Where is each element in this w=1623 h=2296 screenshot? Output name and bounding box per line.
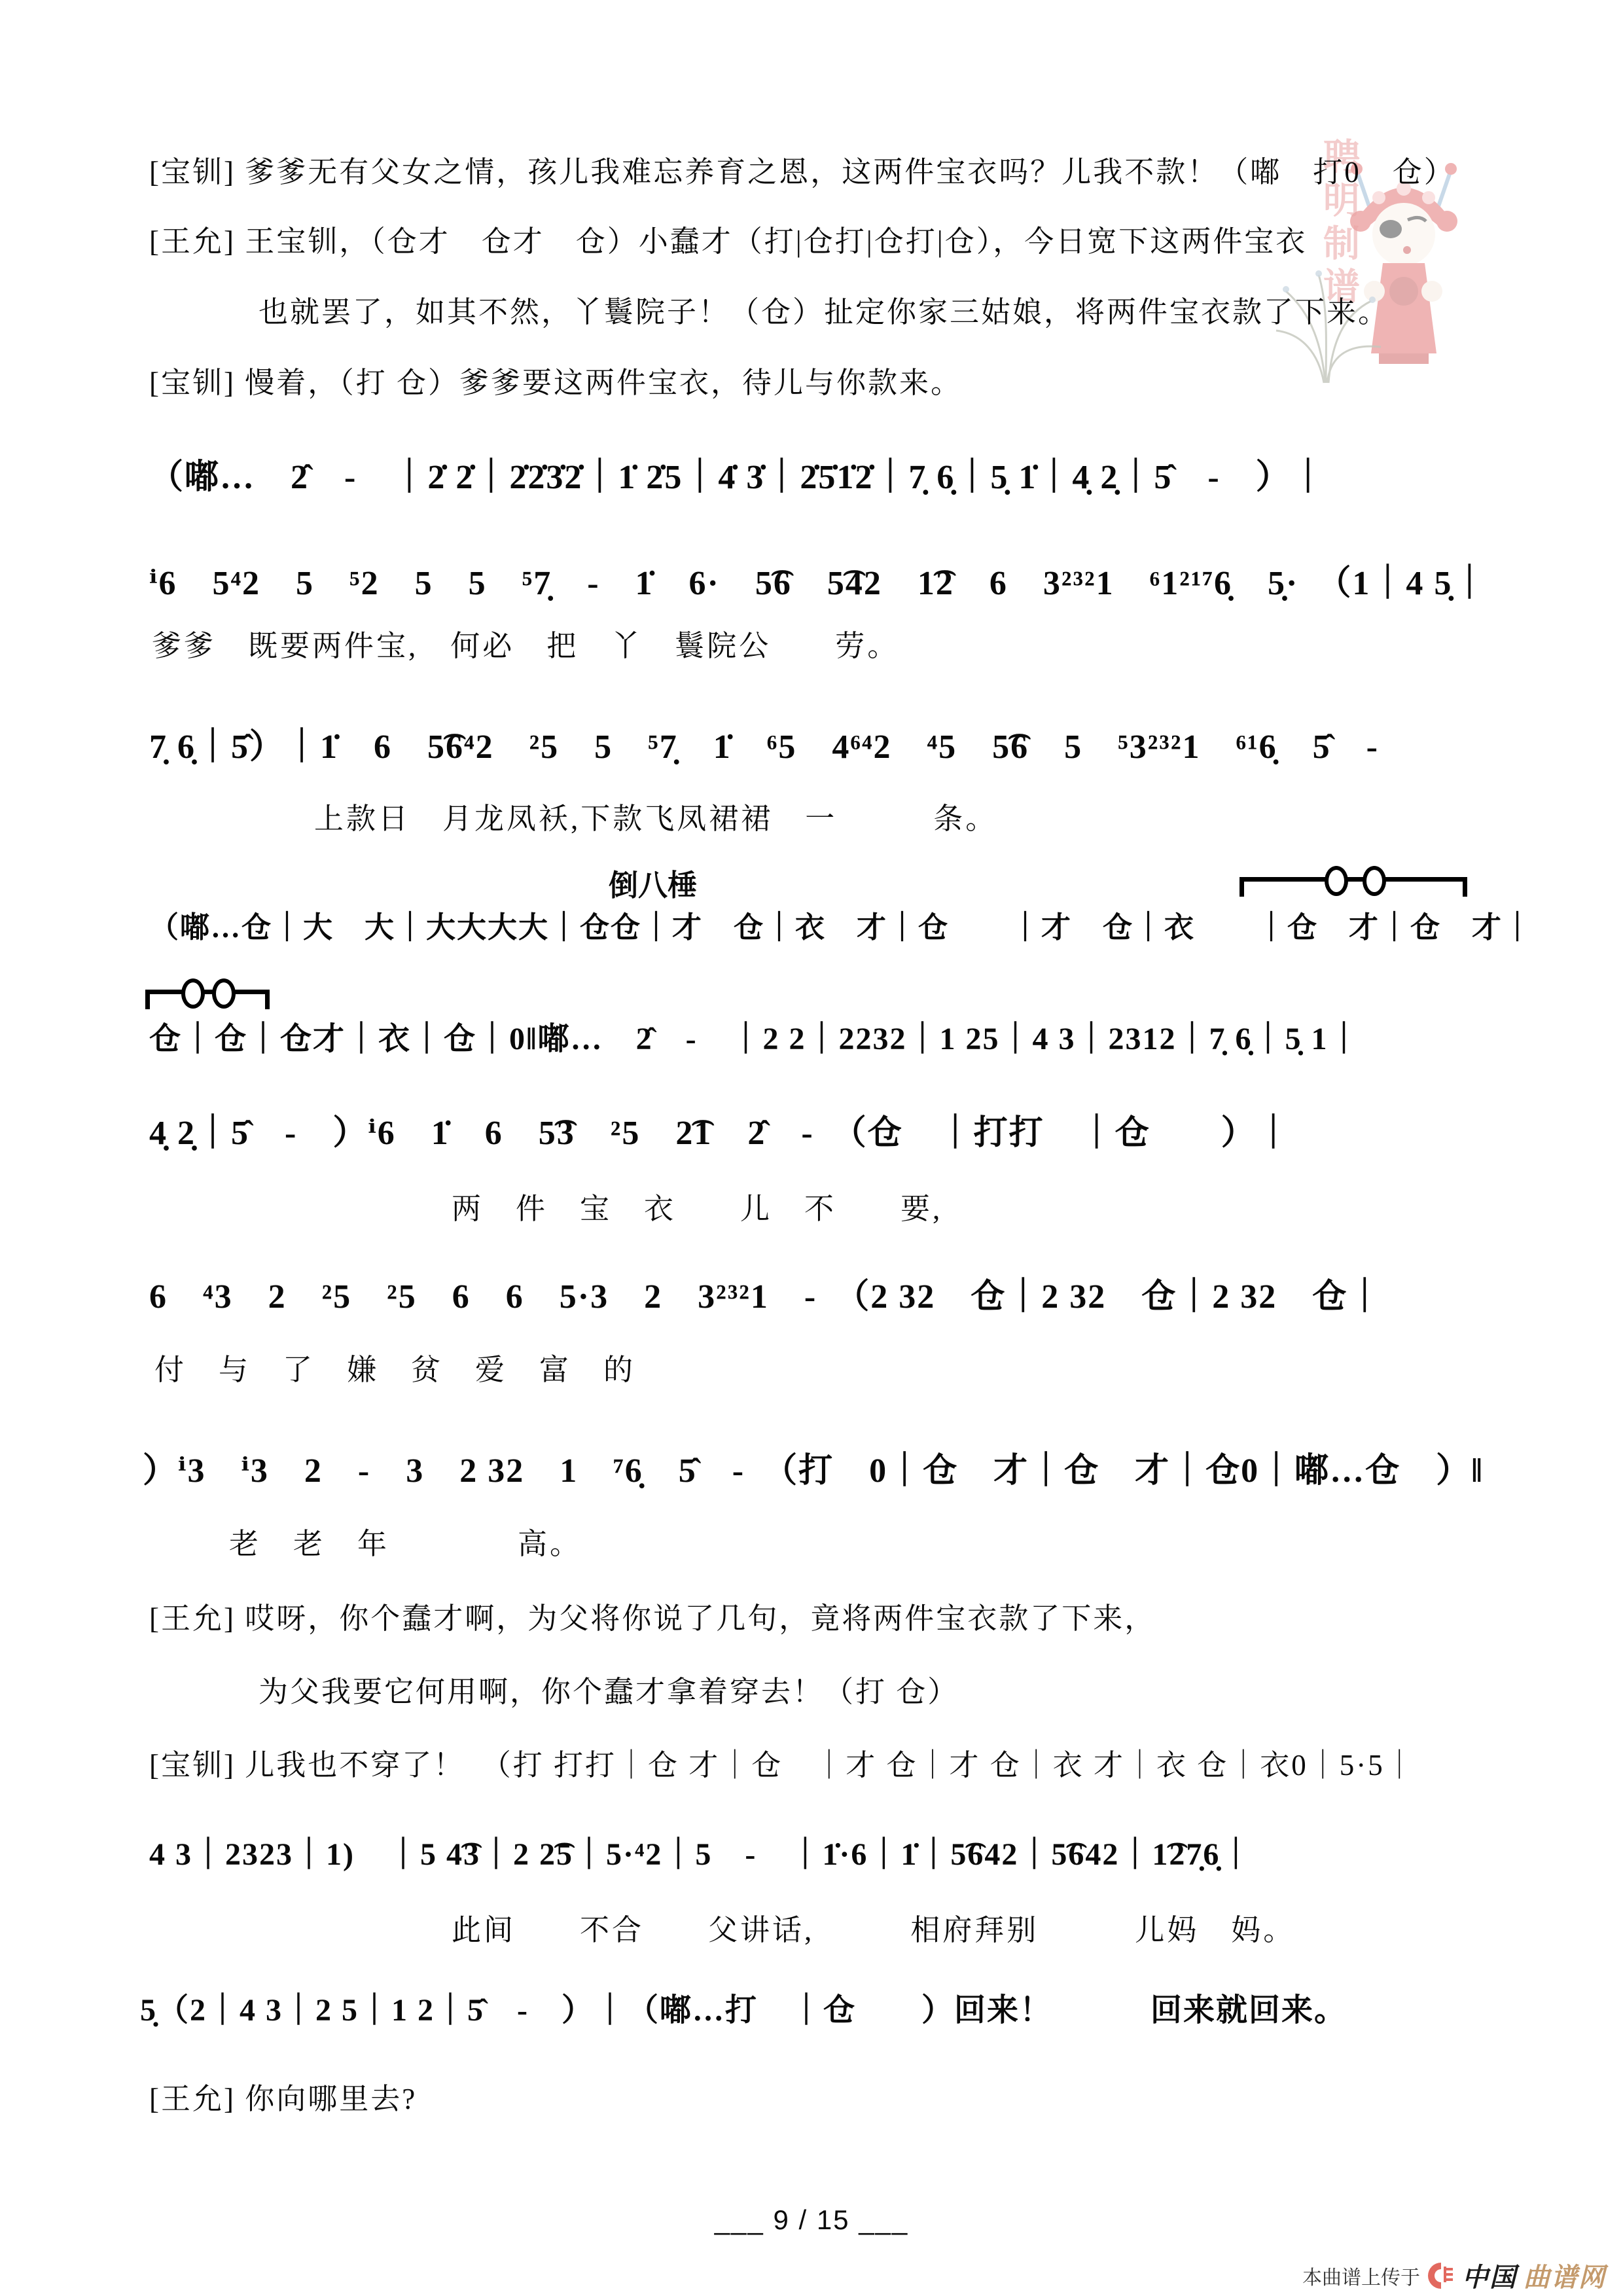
section-label: 倒八棰 (609, 869, 697, 903)
percussion-line-2: 仓｜仓｜仓才｜衣｜仓｜0‖嘟… 2̂ - ｜2 2｜2232｜1 25｜4 3｜… (149, 1021, 1361, 1057)
dialogue-line-4: [宝钏] 慢着，（打 仓）爹爹要这两件宝衣，待儿与你款来。 (149, 367, 962, 401)
dialogue-line-3: 也就罢了，如其不然，丫鬟院子！（仓）扯定你家三姑娘，将两件宝衣款了下来。 (259, 296, 1389, 330)
site-credit: 本曲谱上传于 中国 曲谱网 (1302, 2257, 1606, 2294)
dialogue-line-2: [王允] 王宝钏，（仓才 仓才 仓）小蠢才（打|仓打|仓打|仓），今日宽下这两件… (149, 225, 1307, 259)
lyrics-line-m5: 付 与 了 嫌 贫 爱 富 的 (154, 1354, 635, 1388)
credit-prefix: 本曲谱上传于 (1302, 2261, 1420, 2290)
repeat-circle-icon (212, 978, 236, 1009)
score-page: 聘明制谱 (0, 0, 1623, 2296)
repeat-circle-icon (1325, 866, 1348, 896)
percussion-line-1: （嘟…仓｜大 大｜大大大大｜仓仓｜才 仓｜衣 才｜仓 ｜才 仓｜衣 ｜仓 才｜仓… (149, 911, 1533, 945)
music-line-m3: 7̣ 6̣｜5̂）｜1̇ 6 5͡6⁴2 ²5 5 ⁵7̣ 1̇ ⁶5 4⁶⁴2… (149, 728, 1379, 767)
dialogue-line-8: [王允] 你向哪里去? (149, 2083, 417, 2117)
lyrics-line-m7: 此间 不合 父讲话, 相府拜别 儿妈 妈。 (452, 1914, 1295, 1948)
dialogue-line-1: [宝钏] 爹爹无有父女之情，孩儿我难忘养育之恩，这两件宝衣吗？儿我不款！（嘟 打… (149, 156, 1455, 190)
site-logo-icon (1427, 2261, 1455, 2290)
lyrics-line-m6: 老 老 年 高。 (229, 1528, 582, 1562)
dialogue-line-5: [王允] 哎呀，你个蠢才啊，为父将你说了几句，竟将两件宝衣款了下来， (149, 1602, 1156, 1636)
music-line-m1: （嘟… 2̂ - ｜2̇ 2̇｜2̇2̇3̇2̇｜1̇ 2̇5｜4̇ 3̇｜2̇… (149, 458, 1327, 497)
repeat-circle-icon (1363, 866, 1386, 896)
percussion-repeat-symbol-1 (1240, 877, 1467, 901)
lyrics-line-m2: 爹爹 既要两件宝, 何必 把 丫 鬟院公 劳。 (152, 630, 899, 664)
page-number: ___ 9 / 15 ___ (0, 2204, 1623, 2236)
music-line-m6: ）ⁱ3 ⁱ3 2 - 3 2 32 1 ⁷6̣ 5̂ - （打 0｜仓 才｜仓 … (143, 1452, 1484, 1491)
lyrics-line-m4: 两 件 宝 衣 儿 不 要, (452, 1193, 942, 1227)
percussion-repeat-symbol-2 (145, 990, 270, 1014)
lyrics-line-m3: 上款日 月龙凤袄,下款飞凤裙裙 一 条。 (314, 802, 997, 836)
site-name-cn: 中国 (1462, 2257, 1517, 2294)
site-name-rest: 曲谱网 (1524, 2257, 1606, 2294)
dialogue-line-6: 为父我要它何用啊，你个蠢才拿着穿去！（打 仓） (259, 1676, 959, 1710)
music-line-m7: 4 3｜2323｜1) ｜5 4͡3｜2 2͡5｜5·⁴2｜5 - ｜1̇·6｜… (149, 1837, 1253, 1873)
music-line-m8: 5̣（2｜4 3｜2 5｜1 2｜5̂ - ）｜（嘟…打 ｜仓 ）回来！ 回来就… (140, 1992, 1347, 2028)
music-line-m5: 6 ⁴3 2 ²5 ²5 6 6 5·3 2 3²³²1 - （2 32 仓｜2… (149, 1278, 1383, 1317)
repeat-circle-icon (181, 978, 205, 1009)
music-line-m4: 4̣ 2̣｜5̂ - ）ⁱ6 1̇ 6 5͡3 ²5 2͡1 2̂ - （仓 ｜… (149, 1114, 1292, 1153)
music-line-m2: ⁱ6 5⁴2 5 ⁵2 5 5 ⁵7̣ - 1̇ 6· 5͡6 5͡42 1͡2… (149, 564, 1488, 603)
dialogue-line-7: [宝钏] 儿我也不穿了！ （打 打打｜仓 才｜仓 ｜才 仓｜才 仓｜衣 才｜衣 … (149, 1749, 1416, 1783)
